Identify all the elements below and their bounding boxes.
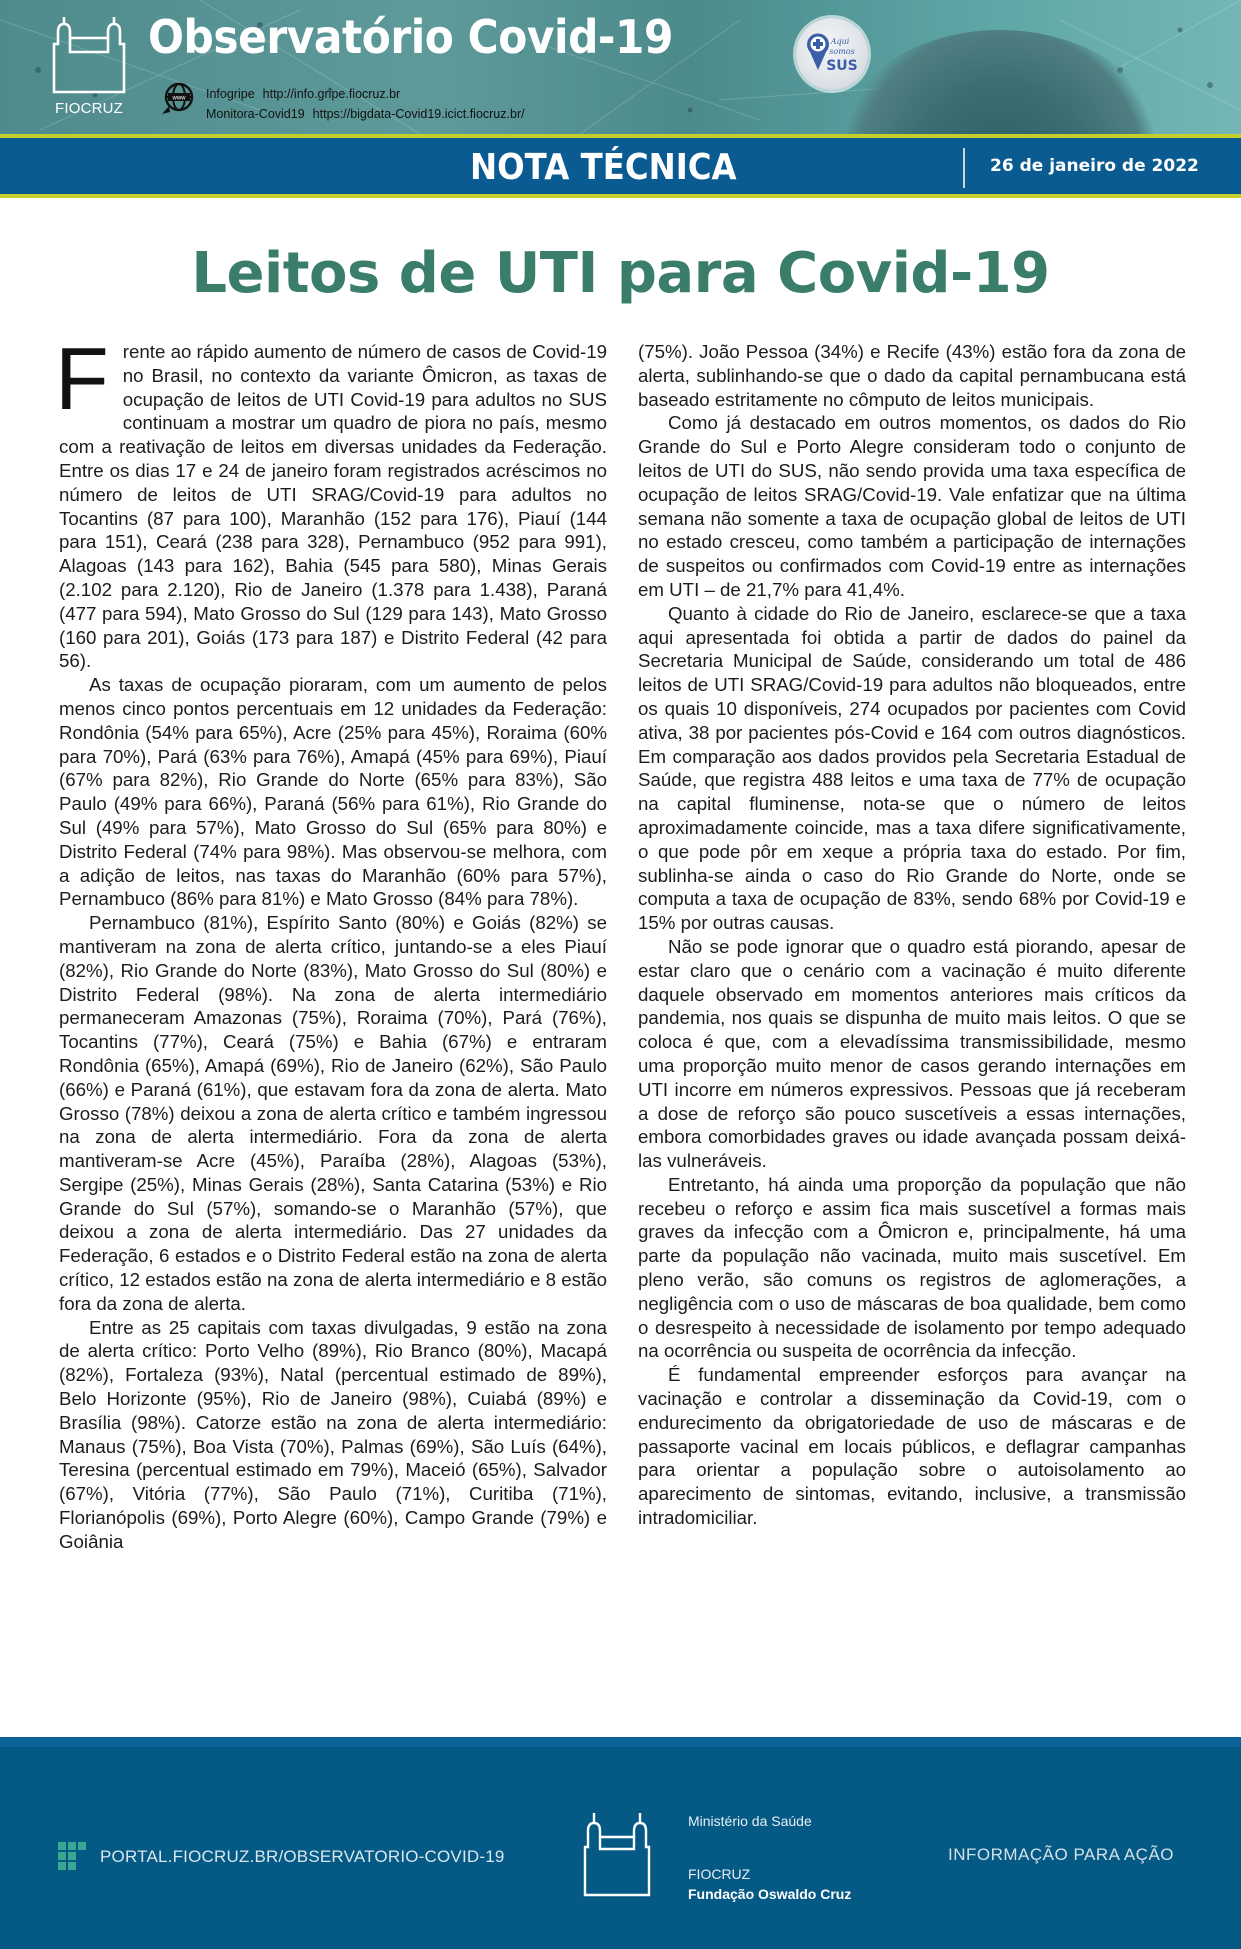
fiocruz-castle-icon	[582, 1807, 652, 1897]
fiocruz-name: FIOCRUZ	[688, 1866, 750, 1882]
svg-text:SUS: SUS	[826, 58, 858, 74]
paragraph: Não se pode ignorar que o quadro está pi…	[638, 935, 1186, 1173]
header-banner: FIOCRUZ Observatório Covid-19 www Infogr…	[0, 0, 1241, 134]
publication-date: 26 de janeiro de 2022	[990, 156, 1199, 176]
article-right-column: (75%). João Pessoa (34%) e Recife (43%) …	[638, 340, 1186, 1530]
bar-divider	[963, 148, 965, 188]
paragraph: As taxas de ocupação pioraram, com um au…	[59, 673, 607, 911]
paragraph: Entretanto, há ainda uma proporção da po…	[638, 1173, 1186, 1363]
paragraph-continued: (75%). João Pessoa (34%) e Recife (43%) …	[638, 340, 1186, 411]
article-title: Leitos de UTI para Covid-19	[0, 246, 1241, 302]
ministerio-label: Ministério da Saúde	[688, 1813, 812, 1829]
paragraph: Como já destacado em outros momentos, os…	[638, 411, 1186, 601]
paragraph: É fundamental empreender esforços para a…	[638, 1363, 1186, 1530]
www-globe-icon: www	[160, 82, 194, 116]
nota-tecnica-label: NOTA TÉCNICA	[470, 150, 737, 186]
infogripe-url[interactable]: http://info.gripe.fiocruz.br	[263, 87, 401, 101]
fiocruz-castle-icon	[50, 16, 128, 94]
fiocruz-footer-logo	[582, 1807, 652, 1897]
svg-text:Aqui: Aqui	[830, 37, 850, 46]
article-left-column: Frente ao rápido aumento de número de ca…	[59, 340, 607, 1554]
infogripe-link[interactable]: Infogripehttp://info.gripe.fiocruz.br	[206, 84, 533, 104]
slogan: INFORMAÇÃO PARA AÇÃO	[948, 1845, 1174, 1865]
portal-link[interactable]: PORTAL.FIOCRUZ.BR/OBSERVATORIO-COVID-19	[100, 1847, 505, 1867]
paragraph-intro: Frente ao rápido aumento de número de ca…	[59, 340, 607, 673]
paragraph: Quanto à cidade do Rio de Janeiro, escla…	[638, 602, 1186, 935]
monitora-link[interactable]: Monitora-Covid19https://bigdata-Covid19.…	[206, 104, 533, 124]
observatorio-title: Observatório Covid-19	[148, 14, 673, 60]
paragraph: Pernambuco (81%), Espírito Santo (80%) e…	[59, 911, 607, 1316]
footer: PORTAL.FIOCRUZ.BR/OBSERVATORIO-COVID-19 …	[0, 1737, 1241, 1949]
fiocruz-full-name: Fundação Oswaldo Cruz	[688, 1886, 851, 1902]
svg-text:www: www	[172, 96, 187, 102]
paragraph: Entre as 25 capitais com taxas divulgada…	[59, 1316, 607, 1554]
fiocruz-logo-text: FIOCRUZ	[50, 100, 128, 117]
monitora-url[interactable]: https://bigdata-Covid19.icict.fiocruz.br…	[313, 107, 525, 121]
svg-text:somos: somos	[829, 47, 854, 56]
fiocruz-logo: FIOCRUZ	[50, 16, 128, 114]
header-links: Infogripehttp://info.gripe.fiocruz.br Mo…	[206, 84, 533, 124]
portal-grid-icon	[58, 1842, 88, 1872]
paragraph-text: rente ao rápido aumento de número de cas…	[59, 341, 607, 671]
drop-cap: F	[55, 344, 109, 414]
infogripe-label: Infogripe	[206, 87, 255, 101]
monitora-label: Monitora-Covid19	[206, 107, 305, 121]
nota-tecnica-bar: NOTA TÉCNICA 26 de janeiro de 2022	[0, 134, 1241, 198]
aqui-somos-sus-badge: Aqui somos SUS	[796, 18, 868, 90]
